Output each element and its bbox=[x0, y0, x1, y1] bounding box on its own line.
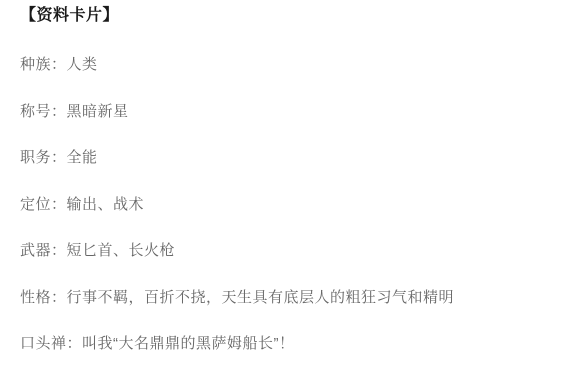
field-weapon: 武器：短匕首、长火枪 bbox=[20, 243, 554, 259]
card-title: 【资料卡片】 bbox=[20, 7, 554, 25]
field-species: 种族：人类 bbox=[20, 57, 554, 73]
field-personality: 性格：行事不羁，百折不挠，天生具有底层人的粗狂习气和精明 bbox=[20, 290, 554, 306]
field-catchphrase: 口头禅：叫我“大名鼎鼎的黑萨姆船长”！ bbox=[20, 336, 554, 352]
field-role: 定位：输出、战术 bbox=[20, 197, 554, 213]
field-duty: 职务：全能 bbox=[20, 150, 554, 166]
field-epithet: 称号：黑暗新星 bbox=[20, 104, 554, 120]
character-info-card: 【资料卡片】 种族：人类 称号：黑暗新星 职务：全能 定位：输出、战术 武器：短… bbox=[0, 0, 572, 375]
